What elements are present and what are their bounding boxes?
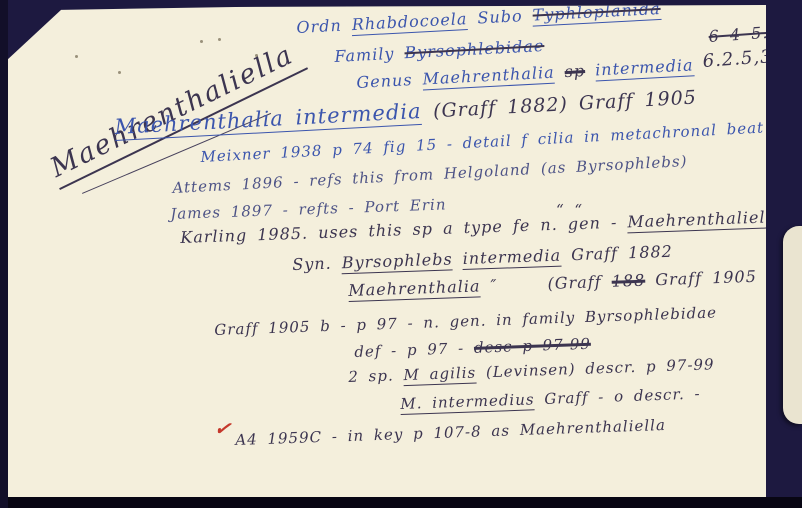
family-name-struck: Byrsophlebidae [404,36,545,62]
order-label: Ordn [296,16,342,37]
sp2-detail: Graff - o descr. - [544,385,701,408]
syn2-authority: Graff 1905 [655,267,757,290]
syn-label: Syn. [292,254,332,274]
def-struck: desc p 97-99 [474,335,592,357]
paper-speck [118,71,121,74]
suborder-label: Subo [477,6,523,27]
sp-abbrev-struck: sp [564,61,585,81]
desk-background: Maehrenthaliella Ordn Rhabdocoela Subo T… [0,0,802,508]
family-label: Family [334,44,395,66]
index-card: Maehrenthaliella Ordn Rhabdocoela Subo T… [8,5,766,497]
red-checkmark: ✓ [213,415,234,441]
syn-genus: Byrsophlebs [341,249,453,274]
syn-species: intermedia [462,246,561,270]
paper-speck [218,38,221,41]
species-name: intermedia [595,55,694,81]
karling-new-genus: Maehrenthaliella [627,207,783,233]
sp1-count: 2 sp. [348,366,394,386]
desk-bottom-shadow [0,497,802,508]
genus-label: Genus [356,70,413,92]
sp1-detail: (Levinsen) descr. p 97-99 [486,355,715,381]
note-species-intermedius: M. intermedius Graff - o descr. - [400,385,701,413]
filing-code-new: 6.2.5,3 [702,46,773,72]
sp2-name: M. intermedius [400,390,535,415]
genus-name: Maehrenthalia [422,63,555,91]
sp1-name: M agilis [403,364,476,387]
desk-left-shadow [0,0,8,508]
paper-speck [75,55,78,58]
suborder-name-struck: Typhloplanida [532,0,661,27]
syn2-struck: 188 [611,271,645,291]
syn2-authority-open: (Graff [507,272,602,294]
order-name: Rhabdocoela [351,9,468,36]
paper-speck [200,40,203,43]
def-text: def - p 97 - [354,339,464,361]
filing-code-old-struck: 6 4 5.2 [708,22,780,46]
note-definition: def - p 97 - desc p 97-99 [354,335,591,361]
note-species-agilis: 2 sp. M agilis (Levinsen) descr. p 97-99 [348,355,715,386]
syn2-ditto: ″ [490,276,498,295]
note-james: James 1897 - refts - Port Erin [170,195,447,223]
classification-order-line: Ordn Rhabdocoela Subo Typhloplanida [296,0,661,37]
note-graff-1905: Graff 1905 b - p 97 - n. gen. in family … [214,303,717,339]
synonym-line-1: Syn. Byrsophlebs intermedia Graff 1882 [292,242,673,274]
syn2-genus: Maehrenthalia [348,276,481,302]
note-key-reference: A4 1959C - in key p 107-8 as Maehrenthal… [235,416,666,449]
syn-authority: Graff 1882 [571,242,673,265]
card-behind-edge [783,226,802,424]
classification-family-line: Family Byrsophlebidae [334,36,545,66]
species-authority: (Graff 1882) Graff 1905 [433,86,698,122]
